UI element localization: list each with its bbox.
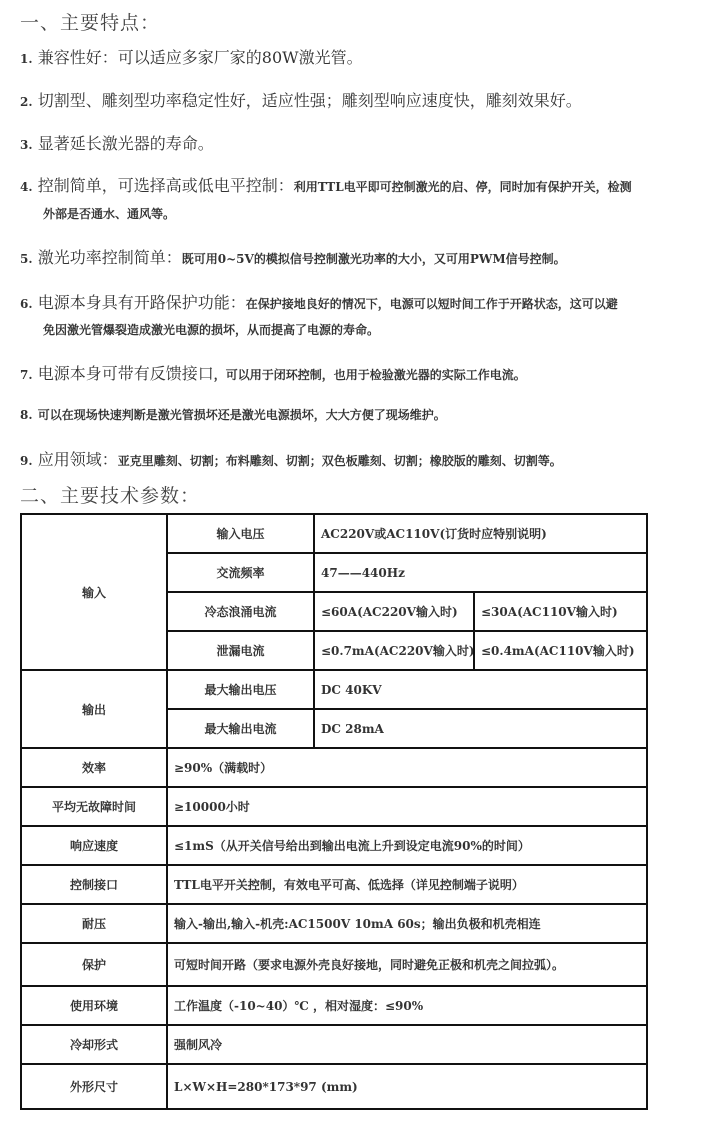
param-label: 泄漏电流 — [167, 631, 314, 670]
feature-detail: 既可用0~5V的模拟信号控制激光功率的大小，又可用PWM信号控制。 — [182, 252, 566, 266]
feature-item-1: 1. 兼容性好：可以适应多家厂家的80W激光管。 — [20, 45, 363, 68]
param-value: ≤1mS（从开关信号给出到输出电流上升到设定电流90%的时间） — [167, 826, 647, 865]
param-value-220v: ≤0.7mA(AC220V输入时) — [314, 631, 474, 670]
param-value-220v: ≤60A(AC220V输入时) — [314, 592, 474, 631]
feature-number: 1. — [20, 52, 33, 66]
feature-number: 2. — [20, 95, 33, 109]
param-value: AC220V或AC110V(订货时应特别说明) — [314, 514, 647, 553]
param-label: 效率 — [21, 748, 167, 787]
feature-item-3: 3. 显著延长激光器的寿命。 — [20, 131, 214, 154]
table-row: 效率 ≥90%（满载时） — [21, 748, 647, 787]
feature-number: 7. — [20, 368, 33, 382]
param-value: ≥10000小时 — [167, 787, 647, 826]
table-row: 平均无故障时间 ≥10000小时 — [21, 787, 647, 826]
group-label-output: 输出 — [21, 670, 167, 748]
feature-lead: 激光功率控制简单： — [38, 248, 182, 267]
feature-number: 4. — [20, 180, 33, 194]
param-value: DC 28mA — [314, 709, 647, 748]
feature-item-7: 7. 电源本身可带有反馈接口，可以用于闭环控制，也用于检验激光器的实际工作电流。 — [20, 361, 526, 384]
param-value: ≥90%（满载时） — [167, 748, 647, 787]
param-value: 强制风冷 — [167, 1025, 647, 1064]
feature-number: 5. — [20, 252, 33, 266]
feature-lead: 切割型、雕刻型功率稳定性好，适应性强；雕刻型响应速度快，雕刻效果好。 — [38, 91, 582, 110]
param-label: 冷态浪涌电流 — [167, 592, 314, 631]
section-specs-heading: 二、主要技术参数： — [20, 481, 200, 508]
param-label: 冷却形式 — [21, 1025, 167, 1064]
table-row: 响应速度 ≤1mS（从开关信号给出到输出电流上升到设定电流90%的时间） — [21, 826, 647, 865]
feature-lead: 电源本身具有开路保护功能： — [38, 293, 246, 312]
table-row: 输入 输入电压 AC220V或AC110V(订货时应特别说明) — [21, 514, 647, 553]
feature-detail: 亚克里雕刻、切割；布料雕刻、切割；双色板雕刻、切割；橡胶版的雕刻、切割等。 — [118, 454, 562, 468]
spec-table: 输入 输入电压 AC220V或AC110V(订货时应特别说明) 交流频率 47—… — [20, 513, 648, 1110]
group-label-input: 输入 — [21, 514, 167, 670]
param-value: TTL电平开关控制，有效电平可高、低选择（详见控制端子说明） — [167, 865, 647, 904]
feature-detail: 在保护接地良好的情况下，电源可以短时间工作于开路状态，这可以避 — [246, 297, 618, 311]
table-row: 输出 最大输出电压 DC 40KV — [21, 670, 647, 709]
param-label: 最大输出电流 — [167, 709, 314, 748]
table-row: 控制接口 TTL电平开关控制，有效电平可高、低选择（详见控制端子说明） — [21, 865, 647, 904]
table-row: 使用环境 工作温度（-10~40）℃ ，相对湿度：≤90% — [21, 986, 647, 1025]
feature-detail: ，可以用于闭环控制，也用于检验激光器的实际工作电流。 — [214, 368, 526, 382]
feature-detail: 可以在现场快速判断是激光管损坏还是激光电源损坏，大大方便了现场维护。 — [38, 408, 446, 422]
table-row: 外形尺寸 L×W×H=280*173*97 (mm) — [21, 1064, 647, 1109]
feature-item-4-continued: 外部是否通水、通风等。 — [43, 205, 175, 222]
param-value-110v: ≤0.4mA(AC110V输入时) — [474, 631, 647, 670]
param-label: 外形尺寸 — [21, 1064, 167, 1109]
feature-number: 6. — [20, 297, 33, 311]
param-label: 平均无故障时间 — [21, 787, 167, 826]
feature-item-6: 6. 电源本身具有开路保护功能：在保护接地良好的情况下，电源可以短时间工作于开路… — [20, 290, 618, 313]
feature-lead: 应用领域： — [38, 450, 118, 469]
param-label: 交流频率 — [167, 553, 314, 592]
feature-lead: 控制简单，可选择高或低电平控制： — [38, 176, 294, 195]
feature-detail: 利用TTL电平即可控制激光的启、停，同时加有保护开关，检测 — [294, 180, 632, 194]
feature-lead: 兼容性好：可以适应多家厂家的80W激光管。 — [38, 48, 363, 67]
table-row: 冷却形式 强制风冷 — [21, 1025, 647, 1064]
feature-item-6-continued: 免因激光管爆裂造成激光电源的损坏，从而提高了电源的寿命。 — [43, 321, 379, 338]
feature-number: 3. — [20, 138, 33, 152]
param-value: 工作温度（-10~40）℃ ，相对湿度：≤90% — [167, 986, 647, 1025]
param-label: 输入电压 — [167, 514, 314, 553]
feature-lead: 显著延长激光器的寿命。 — [38, 134, 214, 153]
param-label: 耐压 — [21, 904, 167, 943]
section-features-heading: 一、主要特点： — [20, 8, 160, 35]
feature-item-9: 9. 应用领域：亚克里雕刻、切割；布料雕刻、切割；双色板雕刻、切割；橡胶版的雕刻… — [20, 447, 562, 470]
param-value-110v: ≤30A(AC110V输入时) — [474, 592, 647, 631]
param-value: DC 40KV — [314, 670, 647, 709]
param-label: 保护 — [21, 943, 167, 986]
feature-item-5: 5. 激光功率控制简单：既可用0~5V的模拟信号控制激光功率的大小，又可用PWM… — [20, 245, 566, 268]
feature-lead: 电源本身可带有反馈接口 — [38, 364, 214, 383]
feature-item-8: 8. 可以在现场快速判断是激光管损坏还是激光电源损坏，大大方便了现场维护。 — [20, 405, 446, 423]
feature-number: 9. — [20, 454, 33, 468]
feature-number: 8. — [20, 408, 33, 422]
param-value: 可短时间开路（要求电源外壳良好接地，同时避免正极和机壳之间拉弧）。 — [167, 943, 647, 986]
param-label: 响应速度 — [21, 826, 167, 865]
table-row: 耐压 输入-输出,输入-机壳:AC1500V 10mA 60s；输出负极和机壳相… — [21, 904, 647, 943]
table-row: 保护 可短时间开路（要求电源外壳良好接地，同时避免正极和机壳之间拉弧）。 — [21, 943, 647, 986]
param-label: 最大输出电压 — [167, 670, 314, 709]
param-label: 控制接口 — [21, 865, 167, 904]
param-value: L×W×H=280*173*97 (mm) — [167, 1064, 647, 1109]
feature-item-2: 2. 切割型、雕刻型功率稳定性好，适应性强；雕刻型响应速度快，雕刻效果好。 — [20, 88, 582, 111]
feature-item-4: 4. 控制简单，可选择高或低电平控制：利用TTL电平即可控制激光的启、停，同时加… — [20, 173, 632, 196]
param-value: 输入-输出,输入-机壳:AC1500V 10mA 60s；输出负极和机壳相连 — [167, 904, 647, 943]
param-label: 使用环境 — [21, 986, 167, 1025]
param-value: 47——440Hz — [314, 553, 647, 592]
